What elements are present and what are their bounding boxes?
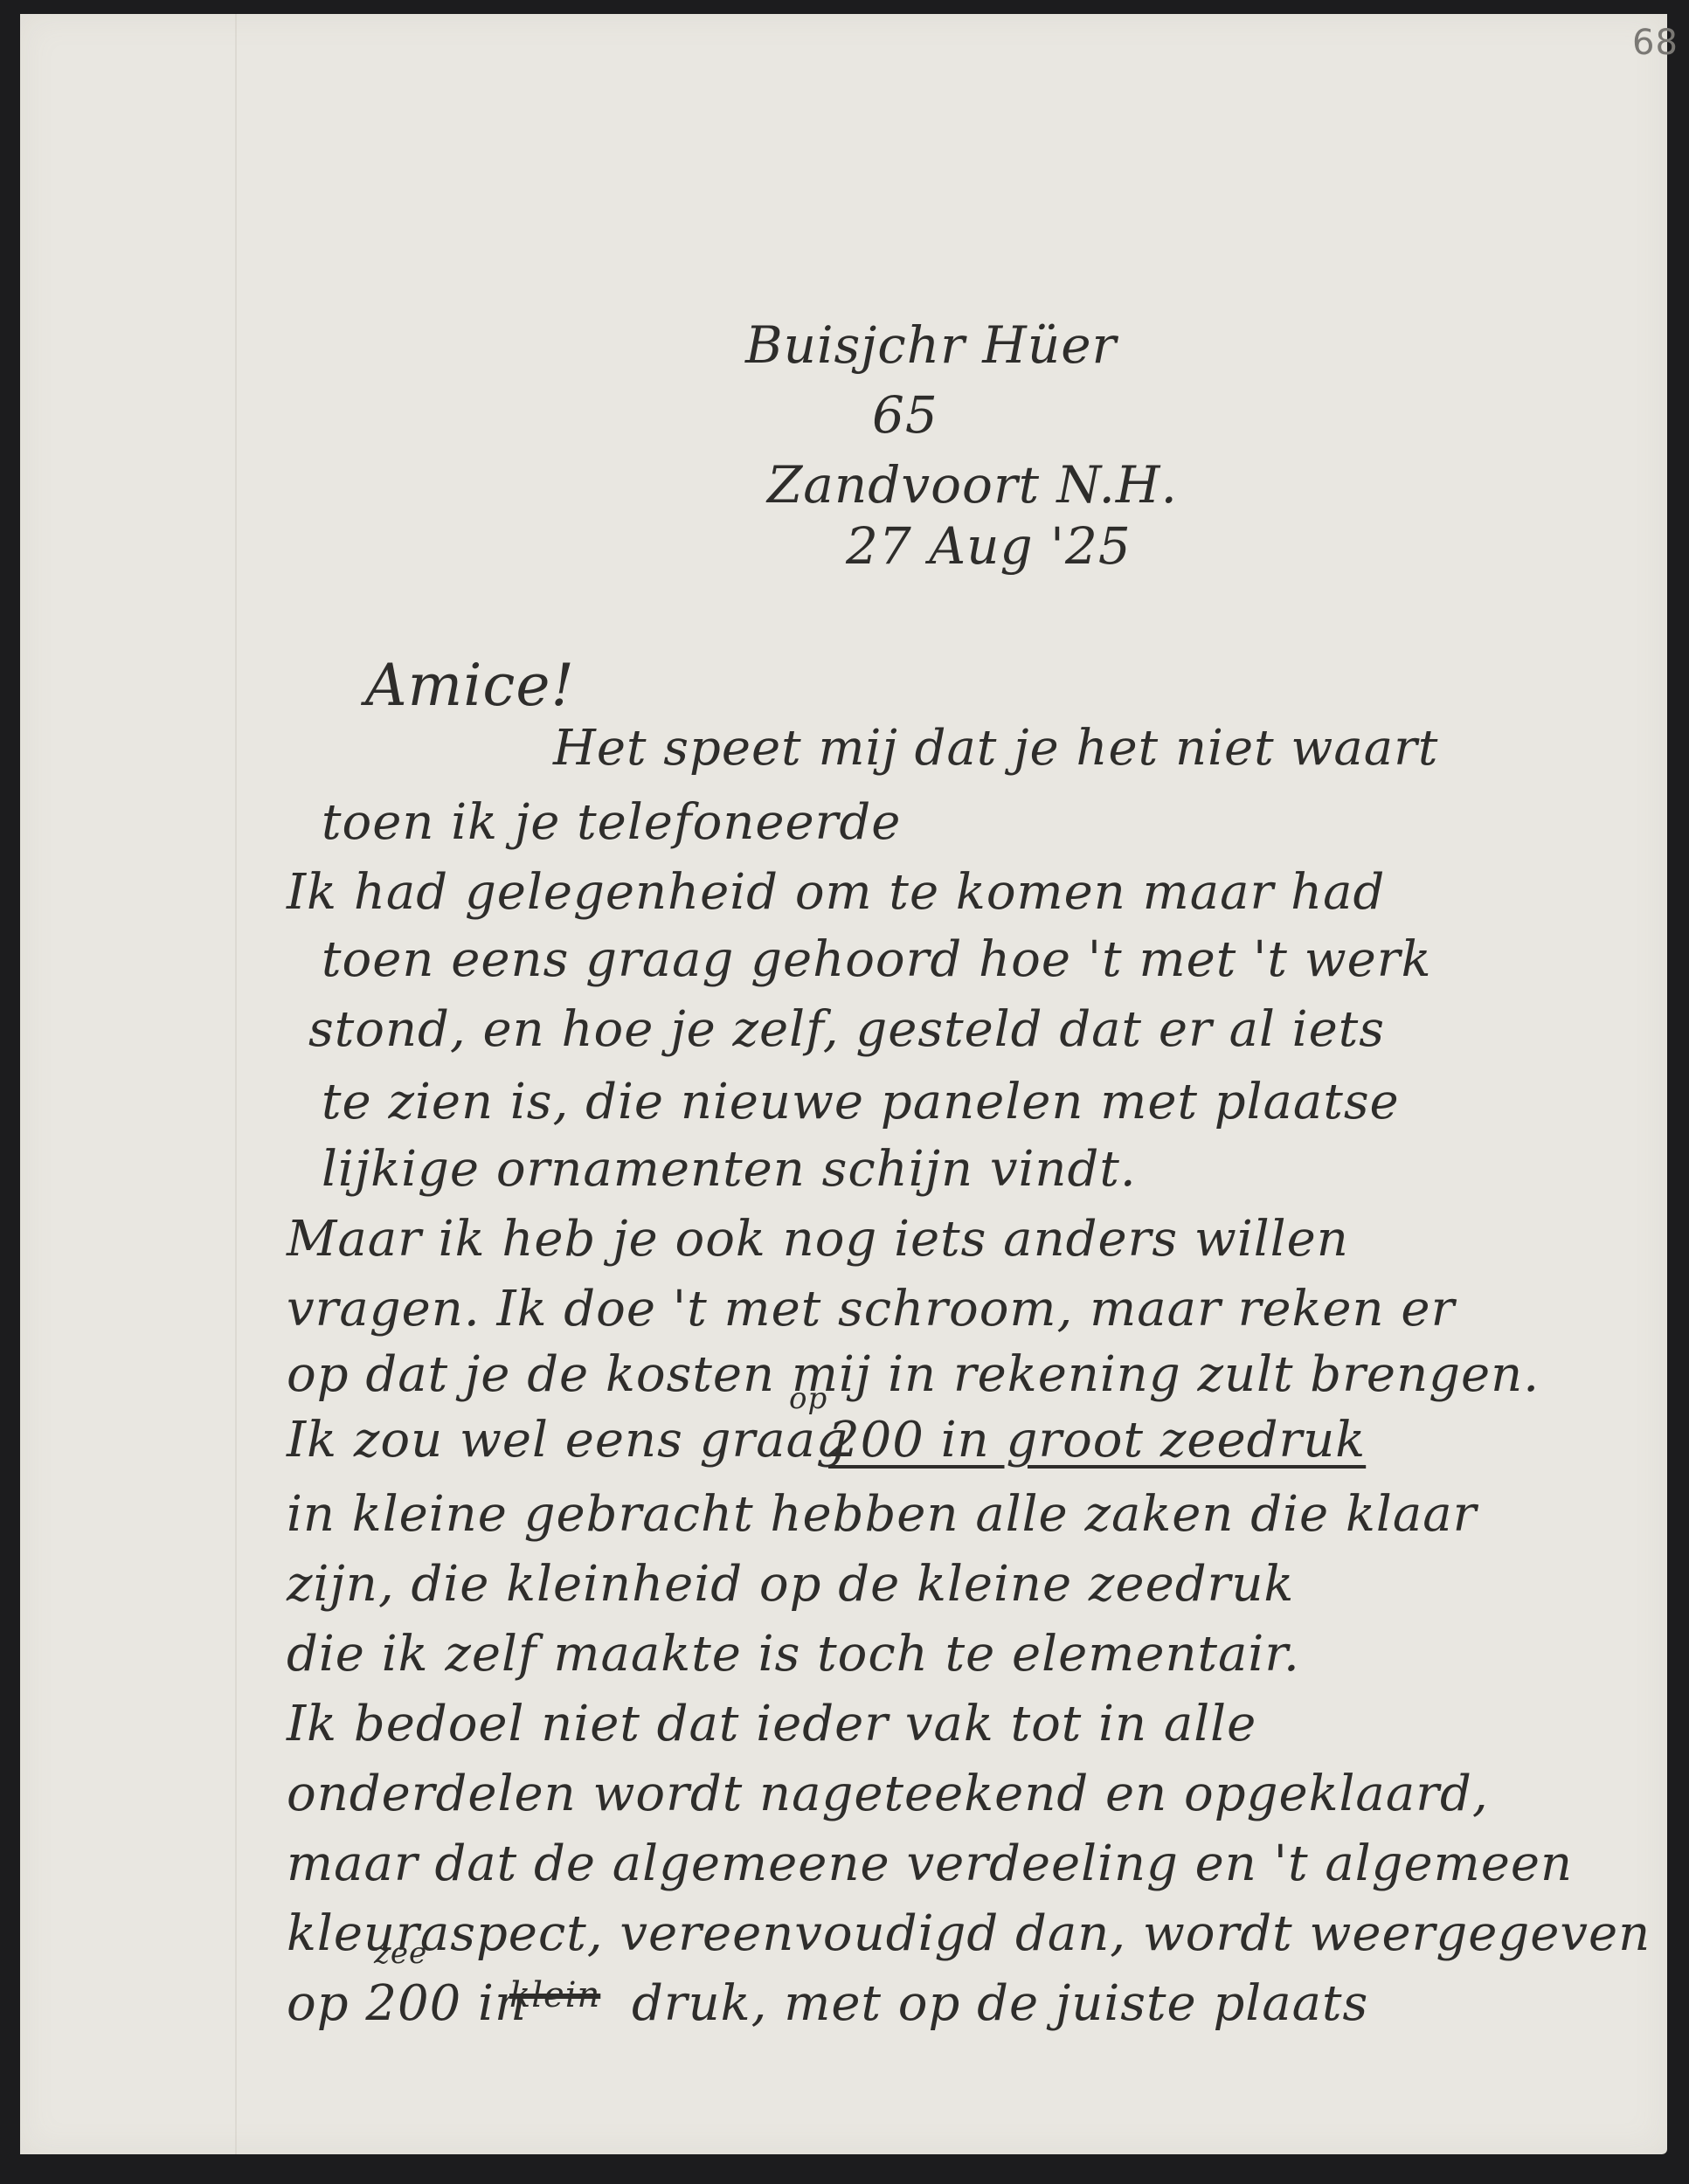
salutation: Amice!	[365, 652, 575, 719]
paper-fold	[235, 14, 237, 2154]
body-line-10: op dat je de kosten mij in rekening zult…	[287, 1346, 1540, 1403]
body-line-14: zijn, die kleinheid op de kleine zeedruk	[287, 1556, 1294, 1613]
letter-date: 27 Aug '25	[846, 516, 1132, 576]
address-line-1: Buisjchr Hüer	[745, 315, 1117, 375]
body-line-12: 200 in groot zeedruk	[828, 1412, 1366, 1469]
insertion-zee: zee	[374, 1936, 427, 1971]
body-line-4: toen eens graag gehoord hoe 't met 't we…	[322, 931, 1432, 988]
body-line-6: te zien is, die nieuwe panelen met plaat…	[322, 1074, 1400, 1130]
body-line-8: Maar ik heb je ook nog iets anders wille…	[287, 1211, 1349, 1268]
address-line-2: 65	[872, 385, 938, 445]
body-line-7: lijkige ornamenten schijn vindt.	[322, 1141, 1137, 1198]
body-line-20-end: druk, met op de juiste plaats	[632, 1975, 1368, 2032]
body-line-5: stond, en hoe je zelf, gesteld dat er al…	[308, 1001, 1385, 1058]
address-line-3: Zandvoort N.H.	[767, 455, 1178, 515]
page-number: 68	[1632, 23, 1679, 63]
insertion-op: op	[789, 1381, 827, 1416]
letter-page: 68 Buisjchr Hüer 65 Zandvoort N.H. 27 Au…	[20, 14, 1667, 2154]
body-line-13: in kleine gebracht hebben alle zaken die…	[287, 1486, 1477, 1543]
body-line-16: Ik bedoel niet dat ieder vak tot in alle	[287, 1696, 1256, 1752]
body-line-1: Het speet mij dat je het niet waart	[553, 720, 1438, 777]
struck-word: klein	[509, 1975, 600, 2015]
body-line-15: die ik zelf maakte is toch te elementair…	[287, 1626, 1300, 1683]
body-line-18: maar dat de algemeene verdeeling en 't a…	[287, 1835, 1573, 1892]
body-line-3: Ik had gelegenheid om te komen maar had	[287, 864, 1385, 921]
body-line-19: kleuraspect, vereenvoudigd dan, wordt we…	[287, 1905, 1651, 1962]
body-line-2: toen ik je telefoneerde	[322, 794, 901, 851]
body-line-11: Ik zou wel eens graag	[287, 1412, 848, 1469]
body-line-17: onderdelen wordt nageteekend en opgeklaa…	[287, 1766, 1489, 1822]
body-line-20-start: op 200 in	[287, 1975, 527, 2032]
body-line-9: vragen. Ik doe 't met schroom, maar reke…	[287, 1281, 1455, 1337]
